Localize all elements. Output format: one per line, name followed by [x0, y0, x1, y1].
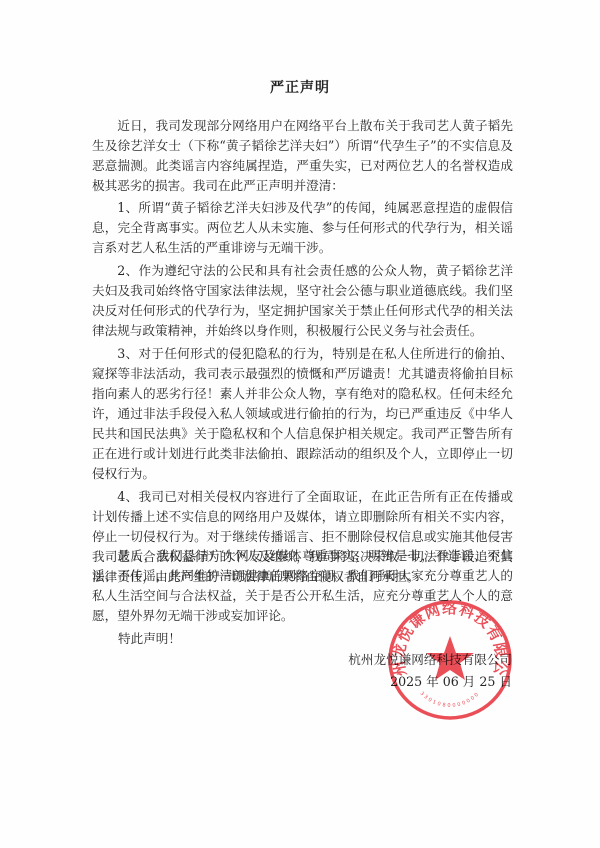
- svg-text:3301080000000: 3301080000000: [419, 691, 482, 709]
- company-seal-icon: 杭州龙悦谦网络科技有限公司 3301080000000: [386, 598, 514, 722]
- star-icon: [426, 636, 474, 680]
- statement-item-1: 1、所谓“黄子韬徐艺洋夫妇涉及代孕”的传闻，纯属恶意捏造的虚假信息，完全背离事实…: [92, 198, 513, 258]
- intro-section: 近日，我司发现部分网络用户在网络平台上散布关于我司艺人黄子韬先生及徐艺洋女士（下…: [92, 116, 513, 196]
- document-page: 严正声明 近日，我司发现部分网络用户在网络平台上散布关于我司艺人黄子韬先生及徐艺…: [0, 0, 600, 848]
- statement-items: 1、所谓“黄子韬徐艺洋夫妇涉及代孕”的传闻，纯属恶意捏造的虚假信息，完全背离事实…: [92, 198, 513, 590]
- intro-paragraph: 近日，我司发现部分网络用户在网络平台上散布关于我司艺人黄子韬先生及徐艺洋女士（下…: [92, 116, 513, 196]
- statement-item-2: 2、作为遵纪守法的公民和具有社会责任感的公众人物，黄子韬徐艺洋夫妇及我司始终恪守…: [92, 261, 513, 341]
- page-title: 严正声明: [0, 77, 600, 97]
- sign-off: 特此声明！: [118, 628, 181, 647]
- statement-item-3: 3、对于任何形式的侵犯隐私的行为，特别是在私人住所进行的偷拍、窥探等非法活动，我…: [92, 344, 513, 484]
